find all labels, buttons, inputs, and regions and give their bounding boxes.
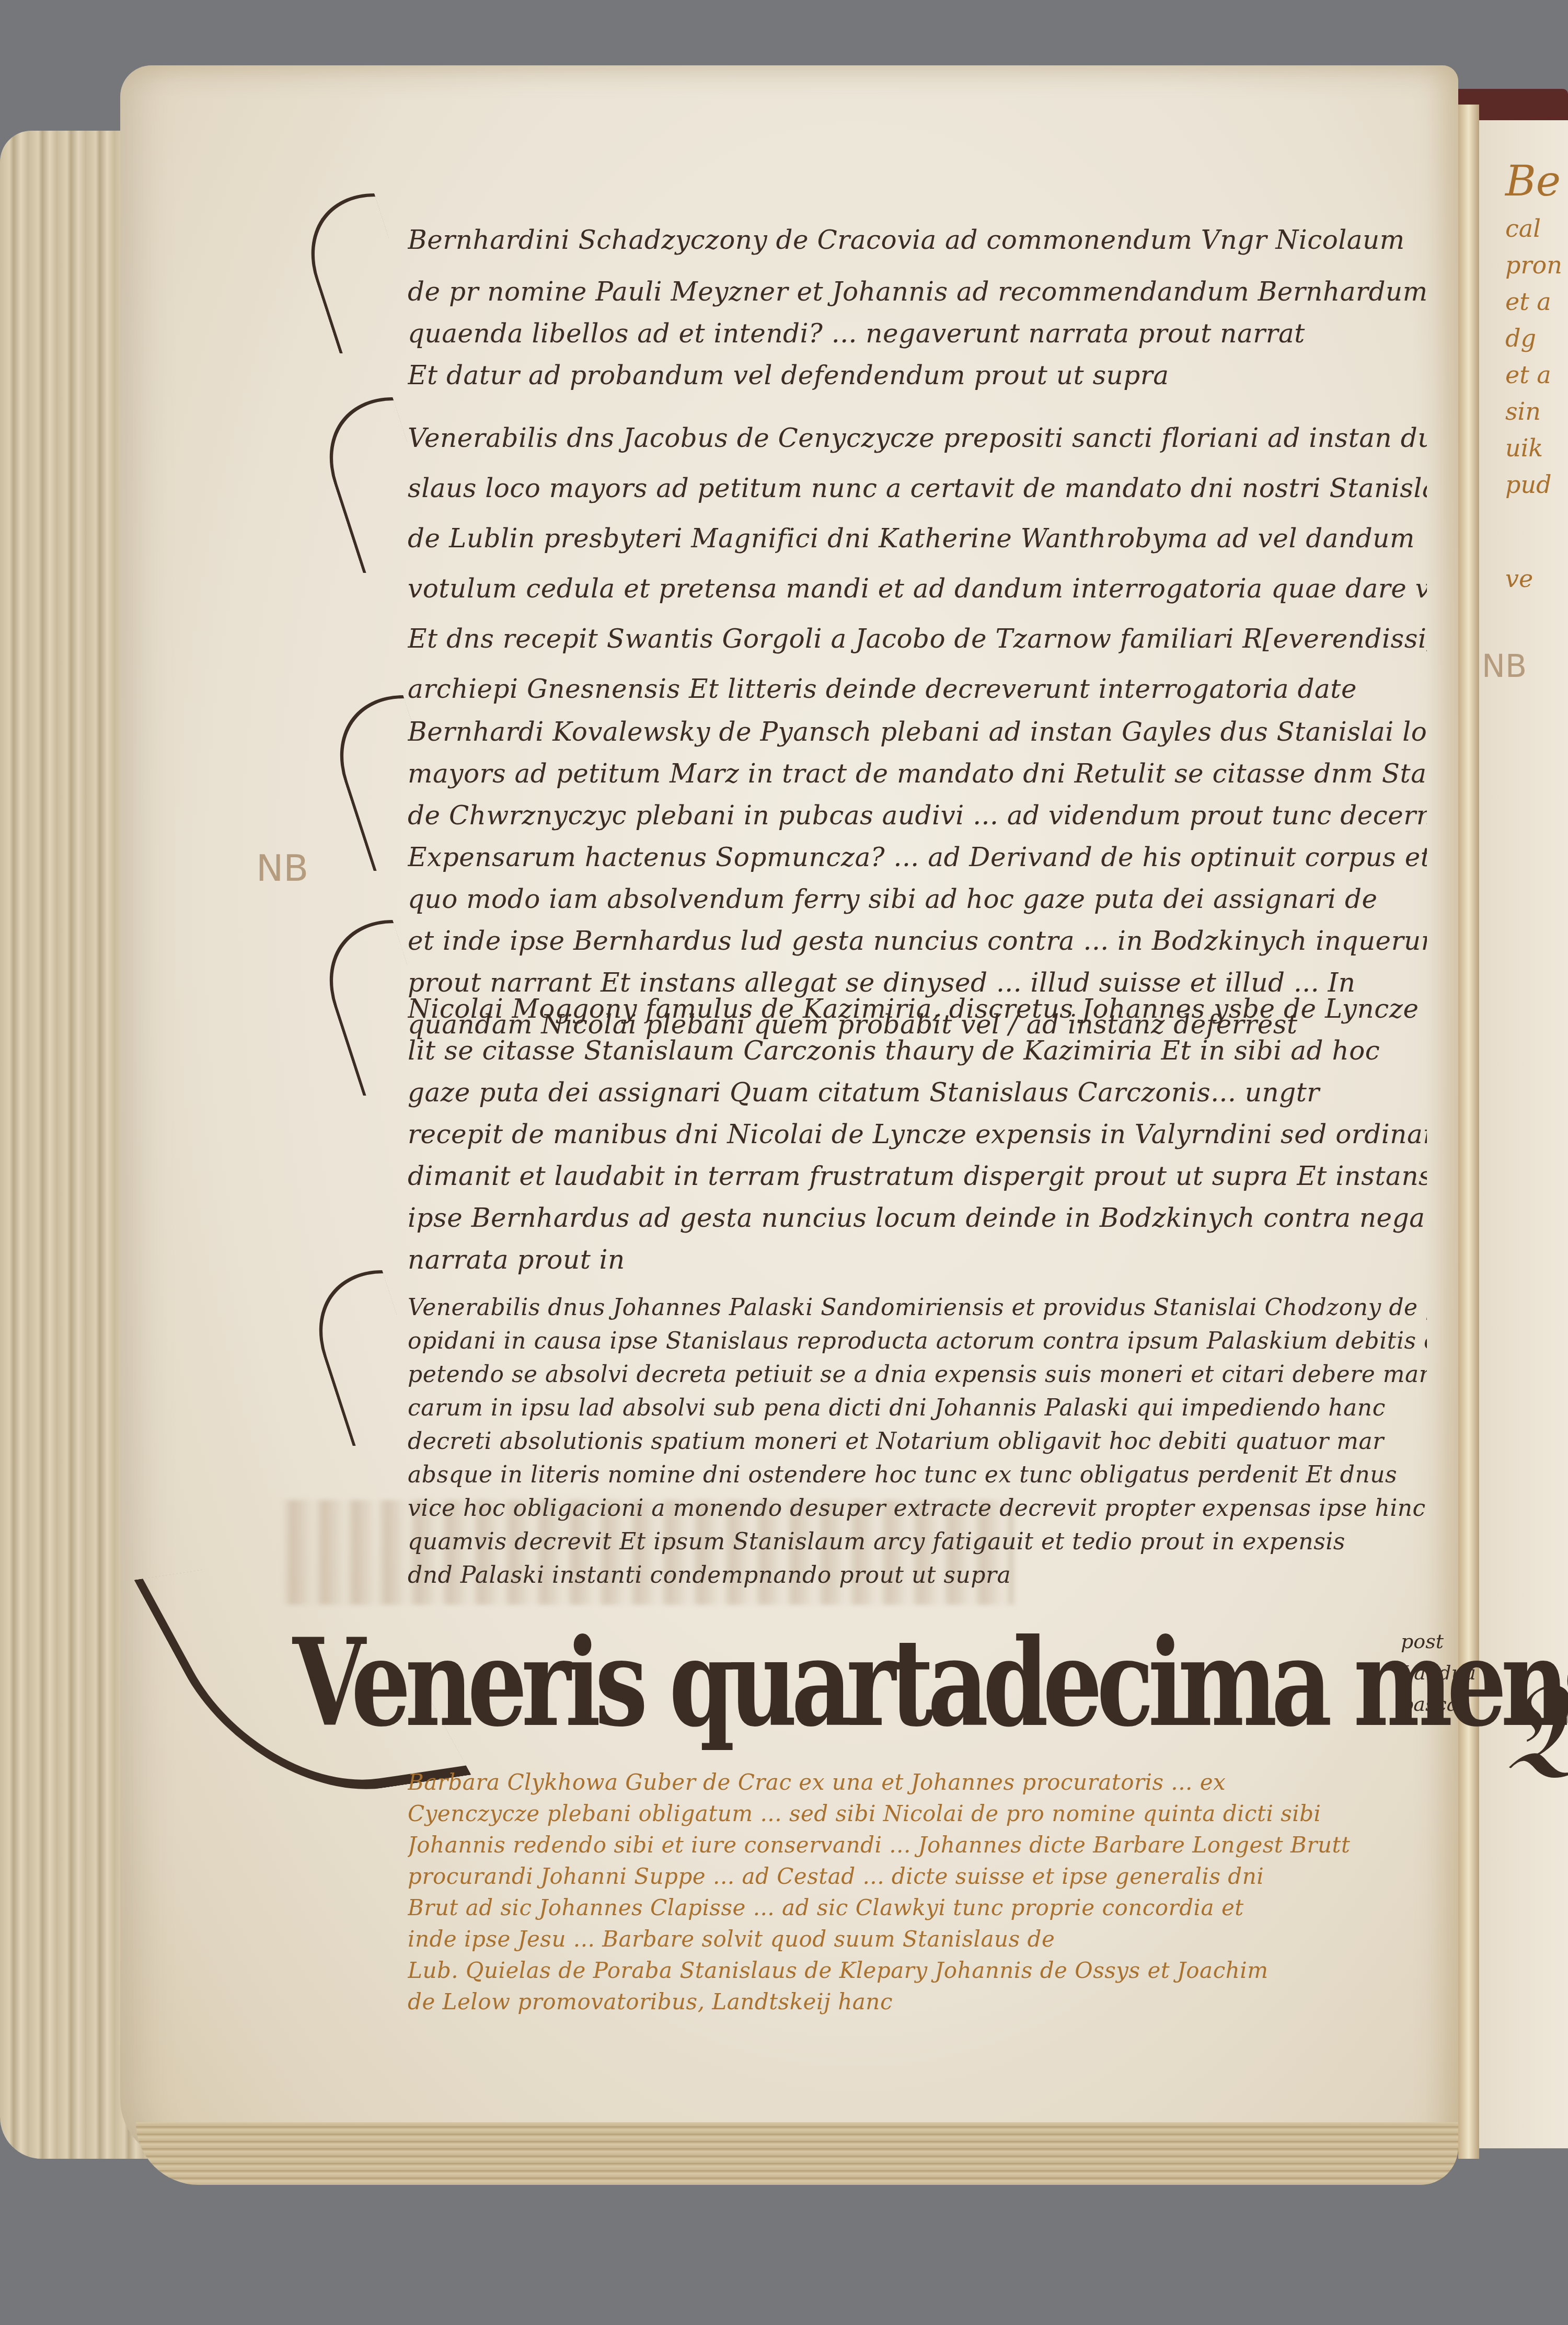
entry-2: Venerabilis dns Jacobus de Cenyczycze pr… — [408, 413, 1427, 714]
entry-line: recepit de manibus dni Nicolai de Lyncze… — [408, 1113, 1427, 1155]
entry-line: Cyenczycze plebani obligatum ... sed sib… — [408, 1798, 1427, 1829]
page-bottom-edge — [136, 2122, 1458, 2185]
facing-page-text: Be — [1505, 157, 1561, 205]
facing-page-text: uik — [1505, 434, 1543, 462]
entry-line: ipse Bernhardus ad gesta nuncius locum d… — [408, 1197, 1427, 1239]
facing-page-text: dg — [1505, 324, 1536, 352]
entry-line: dimanit et laudabit in terram frustratum… — [408, 1155, 1427, 1197]
margin-note-line: Landua — [1401, 1657, 1476, 1688]
pencil-note-nb: NB — [1482, 648, 1527, 685]
entry-line: Bernhardi Kovalewsky de Pyansch plebani … — [408, 711, 1427, 753]
entry-line: Venerabilis dns Jacobus de Cenyczycze pr… — [408, 413, 1427, 463]
margin-note-line: post — [1401, 1626, 1476, 1657]
entry-line: Nicolai Moggony famulus de Kazimiria, di… — [408, 988, 1427, 1030]
entry-line: carum in ipsu lad absolvi sub pena dicti… — [408, 1391, 1427, 1425]
entry-line: de Lublin presbyteri Magnifici dni Kathe… — [408, 513, 1427, 563]
page-gutter — [1458, 105, 1479, 2159]
entry-line: mayors ad petitum Marz in tract de manda… — [408, 753, 1427, 795]
facing-page-text: pron — [1505, 251, 1562, 279]
entry-line: inde ipse Jesu ... Barbare solvit quod s… — [408, 1924, 1427, 1955]
entry-line: procurandi Johanni Suppe ... ad Cestad .… — [408, 1861, 1427, 1892]
entry-line: Lub. Quielas de Poraba Stanislaus de Kle… — [408, 1955, 1427, 1986]
facing-page-text: et a — [1505, 287, 1551, 316]
entry-line: votulum cedula et pretensa mandi et ad d… — [408, 563, 1427, 614]
facing-page-text: cal — [1505, 214, 1541, 243]
entry-line: quamvis decrevit Et ipsum Stanislaum arc… — [408, 1525, 1427, 1559]
facing-page-initial-icon: 𝔙 — [1500, 1652, 1568, 1811]
entry-4: Nicolai Moggony famulus de Kazimiria, di… — [408, 988, 1427, 1281]
entry-line: slaus loco mayors ad petitum nunc a cert… — [408, 463, 1427, 513]
entry-line: Brut ad sic Johannes Clapisse ... ad sic… — [408, 1892, 1427, 1924]
entry-line: Barbara Clykhowa Guber de Crac ex una et… — [408, 1767, 1427, 1798]
entry-1: Bernhardini Schadzyczony de Cracovia ad … — [408, 209, 1427, 396]
entry-line: gaze puta dei assignari Quam citatum Sta… — [408, 1072, 1427, 1113]
facing-page-text: ve — [1505, 565, 1533, 593]
facing-page-text: et a — [1505, 361, 1551, 389]
entry-line: opidani in causa ipse Stanislaus reprodu… — [408, 1325, 1427, 1358]
entry-line: lit se citasse Stanislaum Carczonis thau… — [408, 1030, 1427, 1072]
entry-line: de pr nomine Pauli Meyzner et Johannis a… — [408, 271, 1427, 313]
entry-line: de Chwrznyczyc plebani in pubcas audivi … — [408, 795, 1427, 836]
facing-page-text: sin — [1505, 397, 1541, 425]
entry-line: decreti absolutionis spatium moneri et N… — [408, 1425, 1427, 1458]
entry-line: Venerabilis dnus Johannes Palaski Sandom… — [408, 1291, 1427, 1325]
entry-line: quaenda libellos ad et intendi? ... nega… — [408, 313, 1427, 354]
entry-line: narrata prout in — [408, 1239, 1427, 1281]
heading-margin-note: post Landua pasca — [1401, 1626, 1476, 1720]
later-hand-entry: Barbara Clykhowa Guber de Crac ex una et… — [408, 1767, 1427, 2018]
entry-line: Bernhardini Schadzyczony de Cracovia ad … — [408, 209, 1427, 271]
date-heading: Veneris quartadecima mensis sept — [293, 1620, 1181, 1746]
entry-line: Johannis redendo sibi et iure conservand… — [408, 1829, 1427, 1861]
facing-page-text: pud — [1505, 470, 1552, 499]
entry-line: archiepi Gnesnensis Et litteris deinde d… — [408, 664, 1427, 714]
entry-5: Venerabilis dnus Johannes Palaski Sandom… — [408, 1291, 1427, 1592]
entry-line: petendo se absolvi decreta petiuit se a … — [408, 1358, 1427, 1391]
entry-line: dnd Palaski instanti condempnando prout … — [408, 1559, 1427, 1592]
entry-line: Et dns recepit Swantis Gorgoli a Jacobo … — [408, 614, 1427, 664]
entry-line: absque in literis nomine dni ostendere h… — [408, 1458, 1427, 1492]
entry-line: et inde ipse Bernhardus lud gesta nunciu… — [408, 920, 1427, 962]
entry-line: Et datur ad probandum vel defendendum pr… — [408, 354, 1427, 396]
margin-note-line: pasca — [1401, 1688, 1476, 1720]
entry-line: vice hoc obligacioni a monendo desuper e… — [408, 1492, 1427, 1525]
entry-line: de Lelow promovatoribus, Landtskeij hanc — [408, 1986, 1427, 2018]
entry-line: Expensarum hactenus Sopmuncza? ... ad De… — [408, 836, 1427, 878]
entry-line: quo modo iam absolvendum ferry sibi ad h… — [408, 878, 1427, 920]
pencil-note-nb: NB — [256, 847, 308, 890]
